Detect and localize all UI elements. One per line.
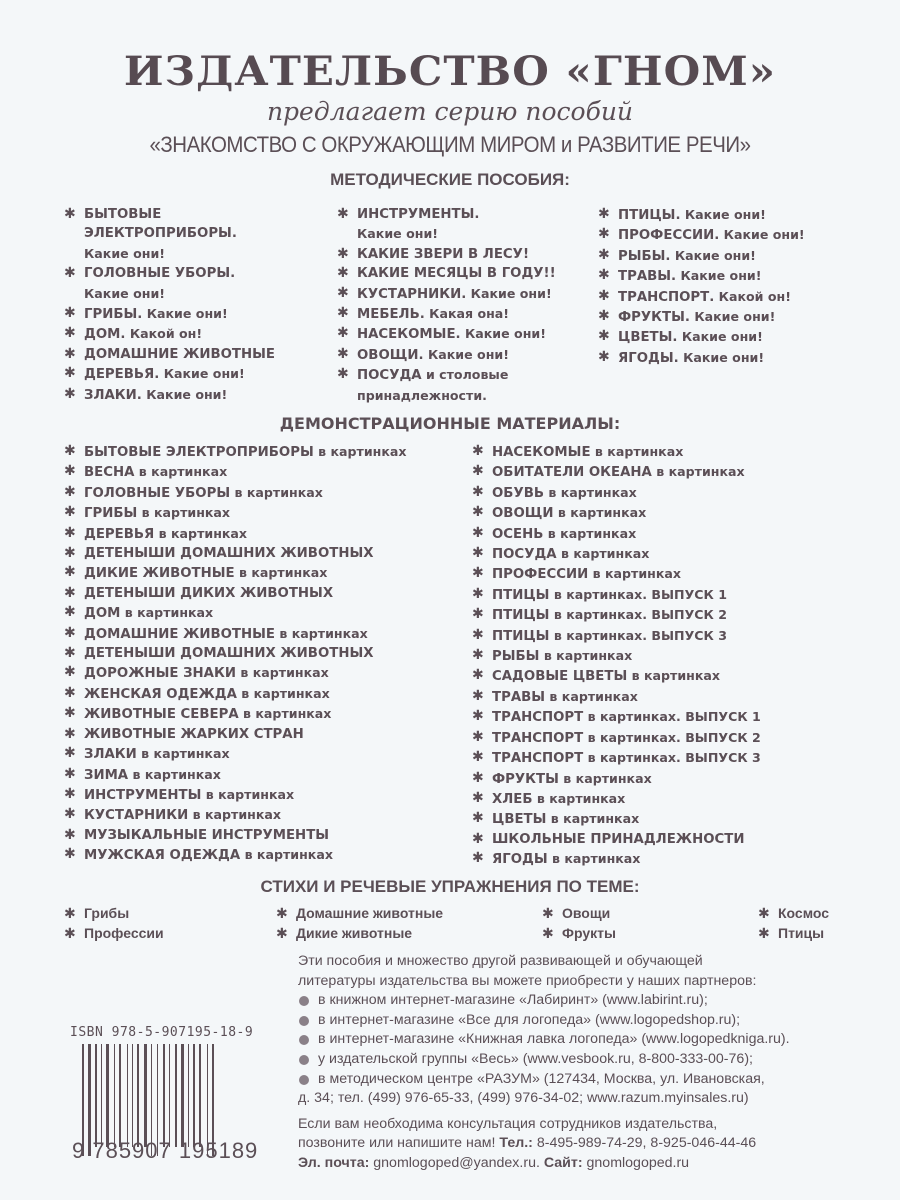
list-item: ✱ЗЛАКИ в картинках <box>64 744 407 764</box>
item-subtitle: Какие они! <box>719 227 804 242</box>
list-item: ✱ОСЕНЬ в картинках <box>472 524 761 544</box>
item-subtitle: в картинках <box>627 668 720 683</box>
item-title: РЫБЫ <box>492 649 539 664</box>
phone-numbers: 8-495-989-74-29, 8-925-046-44-46 <box>533 1135 756 1151</box>
asterisk-bullet-icon: ✱ <box>64 385 76 404</box>
list-item: ✱ДОМ. Какой он! <box>64 324 275 344</box>
item-title: ТРАНСПОРТ <box>492 731 583 746</box>
phone-label: Тел.: <box>499 1135 533 1151</box>
asterisk-bullet-icon: ✱ <box>598 205 610 224</box>
item-subtitle: в картинках <box>548 851 641 866</box>
asterisk-bullet-icon: ✱ <box>337 365 349 384</box>
list-item: ✱Фрукты <box>542 923 616 943</box>
item-title: ГРИБЫ <box>84 506 137 521</box>
item-title: ДЕТЕНЫШИ ДИКИХ ЖИВОТНЫХ <box>84 586 333 601</box>
asterisk-bullet-icon: ✱ <box>472 707 484 726</box>
asterisk-bullet-icon: ✱ <box>276 923 288 943</box>
asterisk-bullet-icon: ✱ <box>64 304 76 323</box>
item-title: ДОМ. <box>84 327 125 342</box>
item-subtitle: в картинках <box>533 791 626 806</box>
item-title: МУЖСКАЯ ОДЕЖДА <box>84 848 240 863</box>
asterisk-bullet-icon: ✱ <box>472 666 484 685</box>
item-title: ШКОЛЬНЫЕ ПРИНАДЛЕЖНОСТИ <box>492 832 744 847</box>
item-title: КАКИЕ МЕСЯЦЫ В ГОДУ!! <box>357 266 556 281</box>
list-item: ✱ГРИБЫ в картинках <box>64 503 407 523</box>
list-item: ✱РЫБЫ. Какие они! <box>598 246 805 266</box>
poems-column-2: ✱Домашние животные✱Дикие животные <box>276 903 443 943</box>
item-subtitle: в картинках <box>591 444 684 459</box>
item-subtitle: Какие они! <box>142 306 227 321</box>
item-subtitle: в картинках <box>652 464 745 479</box>
list-item: ✱ПРОФЕССИИ. Какие они! <box>598 225 805 245</box>
item-title: Дикие животные <box>296 925 412 941</box>
item-subtitle: Какие они! <box>84 286 165 301</box>
asterisk-bullet-icon: ✱ <box>598 307 610 326</box>
methodical-column-3: ✱ПТИЦЫ. Какие они!✱ПРОФЕССИИ. Какие они!… <box>598 205 805 368</box>
demo-heading: ДЕМОНСТРАЦИОННЫЕ МАТЕРИАЛЫ: <box>0 414 900 433</box>
series-name: «ЗНАКОМСТВО С ОКРУЖАЮЩИМ МИРОМ и РАЗВИТИ… <box>32 132 869 158</box>
item-title: ЗИМА <box>84 768 128 783</box>
publisher-title: ИЗДАТЕЛЬСТВО «ГНОМ» <box>0 48 900 95</box>
item-subtitle: в картинках <box>128 767 221 782</box>
item-subtitle: в картинках <box>120 605 213 620</box>
item-subtitle: Какая она! <box>425 306 509 321</box>
asterisk-bullet-icon: ✱ <box>64 324 76 343</box>
asterisk-bullet-icon: ✱ <box>472 442 484 461</box>
item-subtitle: в картинках <box>154 526 247 541</box>
asterisk-bullet-icon: ✱ <box>472 503 484 522</box>
list-item: Какие они! <box>337 224 556 244</box>
asterisk-bullet-icon: ✱ <box>472 728 484 747</box>
barcode-bars <box>82 1044 270 1147</box>
item-subtitle: в картинках <box>137 505 230 520</box>
item-title: ГРИБЫ. <box>84 307 142 322</box>
item-subtitle: в картинках. ВЫПУСК 3 <box>583 750 761 765</box>
list-item: ✱Домашние животные <box>276 903 443 923</box>
item-title: ПОСУДА <box>492 547 557 562</box>
list-item: ✱ДЕТЕНЫШИ ДОМАШНИХ ЖИВОТНЫХ <box>64 644 407 663</box>
item-title: НАСЕКОМЫЕ. <box>357 327 461 342</box>
item-subtitle: в картинках <box>275 626 368 641</box>
item-title: ДОРОЖНЫЕ ЗНАКИ <box>84 666 236 681</box>
item-subtitle: в картинках <box>201 787 294 802</box>
item-title: ФРУКТЫ. <box>618 310 690 325</box>
list-item: ✱ПТИЦЫ в картинках. ВЫПУСК 1 <box>472 585 761 605</box>
item-title: ПТИЦЫ. <box>618 208 681 223</box>
item-subtitle: в картинках <box>134 464 227 479</box>
list-item: ✱ЗИМА в картинках <box>64 765 407 785</box>
asterisk-bullet-icon: ✱ <box>472 605 484 624</box>
item-title: ПТИЦЫ <box>492 629 549 644</box>
asterisk-bullet-icon: ✱ <box>337 205 349 224</box>
asterisk-bullet-icon: ✱ <box>64 805 76 824</box>
poems-column-1: ✱Грибы✱Профессии <box>64 903 164 943</box>
asterisk-bullet-icon: ✱ <box>337 245 349 264</box>
item-subtitle: Какие они! <box>671 248 756 263</box>
list-item: ✱ЯГОДЫ. Какие они! <box>598 348 805 368</box>
site-address: gnomlogoped.ru <box>583 1155 689 1171</box>
asterisk-bullet-icon: ✱ <box>64 644 76 663</box>
partners-block: Эти пособия и множество другой развивающ… <box>298 952 878 1174</box>
item-title: ПОСУДА <box>357 368 422 383</box>
asterisk-bullet-icon: ✱ <box>758 903 770 923</box>
list-item: ✱ФРУКТЫ в картинках <box>472 769 761 789</box>
asterisk-bullet-icon: ✱ <box>472 809 484 828</box>
item-title: ДЕРЕВЬЯ <box>84 527 154 542</box>
item-subtitle: Какой он! <box>125 326 202 341</box>
barcode: ISBN 978-5-907195-18-9 <box>70 1025 270 1147</box>
item-title: ОВОЩИ. <box>357 348 424 363</box>
item-title: ДЕТЕНЫШИ ДОМАШНИХ ЖИВОТНЫХ <box>84 546 373 561</box>
asterisk-bullet-icon: ✱ <box>598 266 610 285</box>
list-item: ✱КАКИЕ ЗВЕРИ В ЛЕСУ! <box>337 245 556 264</box>
item-title: МЕБЕЛЬ. <box>357 307 425 322</box>
item-title: Птицы <box>778 925 824 941</box>
item-title: Космос <box>778 905 829 921</box>
list-item: ✱ДОМАШНИЕ ЖИВОТНЫЕ <box>64 345 275 364</box>
list-item: принадлежности. <box>337 386 556 406</box>
list-item: ✱ПТИЦЫ в картинках. ВЫПУСК 2 <box>472 605 761 625</box>
item-subtitle: Какие они! <box>466 286 551 301</box>
item-title: КУСТАРНИКИ. <box>357 287 466 302</box>
partners-intro-1: Эти пособия и множество другой развивающ… <box>298 952 878 972</box>
list-item: ✱КАКИЕ МЕСЯЦЫ В ГОДУ!! <box>337 264 556 283</box>
asterisk-bullet-icon: ✱ <box>64 264 76 283</box>
list-item: Какие они! <box>64 284 275 304</box>
list-item: ✱ОБУВЬ в картинках <box>472 483 761 503</box>
asterisk-bullet-icon: ✱ <box>542 903 554 923</box>
item-title: КАКИЕ ЗВЕРИ В ЛЕСУ! <box>357 247 529 262</box>
list-item: ✱ЯГОДЫ в картинках <box>472 849 761 869</box>
partners-list: в книжном интернет-магазине «Лабиринт» (… <box>298 991 878 1089</box>
partner-item: в интернет-магазине «Книжная лавка логоп… <box>298 1030 878 1050</box>
item-title: ДЕРЕВЬЯ. <box>84 367 159 382</box>
contact-line-3: Эл. почта: gnomlogoped@yandex.ru. Сайт: … <box>298 1154 878 1174</box>
item-subtitle: и столовые <box>422 367 509 382</box>
list-item: ✱ЦВЕТЫ. Какие они! <box>598 327 805 347</box>
asterisk-bullet-icon: ✱ <box>598 225 610 244</box>
item-title: БЫТОВЫЕ <box>84 207 161 222</box>
asterisk-bullet-icon: ✱ <box>64 584 76 603</box>
asterisk-bullet-icon: ✱ <box>64 903 76 923</box>
asterisk-bullet-icon: ✱ <box>64 744 76 763</box>
list-item: ✱Птицы <box>758 923 829 943</box>
list-item: ✱ЖИВОТНЫЕ СЕВЕРА в картинках <box>64 704 407 724</box>
item-title: ЦВЕТЫ <box>492 812 546 827</box>
item-title: ДЕТЕНЫШИ ДОМАШНИХ ЖИВОТНЫХ <box>84 646 373 661</box>
item-title: ЖЕНСКАЯ ОДЕЖДА <box>84 687 237 702</box>
item-subtitle: в картинках <box>314 444 407 459</box>
list-item: ✱ОБИТАТЕЛИ ОКЕАНА в картинках <box>472 462 761 482</box>
item-subtitle: Какие они! <box>681 207 766 222</box>
item-subtitle: Какие они! <box>159 366 244 381</box>
contact-line-2: позвоните или напишите нам! Тел.: 8-495-… <box>298 1134 878 1154</box>
list-item: ✱КУСТАРНИКИ в картинках <box>64 805 407 825</box>
methodical-column-1: ✱БЫТОВЫЕЭЛЕКТРОПРИБОРЫ.Какие они!✱ГОЛОВН… <box>64 205 275 405</box>
item-title: ХЛЕБ <box>492 792 533 807</box>
asterisk-bullet-icon: ✱ <box>472 483 484 502</box>
item-subtitle: в картинках <box>545 689 638 704</box>
asterisk-bullet-icon: ✱ <box>64 765 76 784</box>
asterisk-bullet-icon: ✱ <box>472 524 484 543</box>
item-title: ПРОФЕССИИ. <box>618 228 719 243</box>
item-subtitle: Какие они! <box>461 326 546 341</box>
item-title: ПРОФЕССИИ <box>492 567 588 582</box>
list-item: ✱НАСЕКОМЫЕ. Какие они! <box>337 324 556 344</box>
asterisk-bullet-icon: ✱ <box>337 284 349 303</box>
item-title: КУСТАРНИКИ <box>84 808 188 823</box>
item-title: НАСЕКОМЫЕ <box>492 445 591 460</box>
item-title: ЗЛАКИ <box>84 747 137 762</box>
asterisk-bullet-icon: ✱ <box>64 483 76 502</box>
partner-item: в интернет-магазине «Все для логопеда» (… <box>298 1011 878 1031</box>
asterisk-bullet-icon: ✱ <box>64 663 76 682</box>
asterisk-bullet-icon: ✱ <box>598 246 610 265</box>
item-title: Овощи <box>562 905 610 921</box>
demo-column-1: ✱БЫТОВЫЕ ЭЛЕКТРОПРИБОРЫ в картинках✱ВЕСН… <box>64 442 407 866</box>
list-item: ✱ВЕСНА в картинках <box>64 462 407 482</box>
list-item: ✱Грибы <box>64 903 164 923</box>
asterisk-bullet-icon: ✱ <box>472 646 484 665</box>
item-title: БЫТОВЫЕ ЭЛЕКТРОПРИБОРЫ <box>84 445 314 460</box>
item-title: Домашние животные <box>296 905 443 921</box>
item-title: ДИКИЕ ЖИВОТНЫЕ <box>84 566 235 581</box>
partner-item: в методическом центре «РАЗУМ» (127434, М… <box>298 1070 878 1090</box>
item-subtitle: в картинках <box>230 485 323 500</box>
bullet-dot-icon <box>299 1035 309 1045</box>
item-title: ВЕСНА <box>84 465 134 480</box>
list-item: ✱ДОМАШНИЕ ЖИВОТНЫЕ в картинках <box>64 624 407 644</box>
asterisk-bullet-icon: ✱ <box>64 563 76 582</box>
asterisk-bullet-icon: ✱ <box>276 903 288 923</box>
asterisk-bullet-icon: ✱ <box>64 785 76 804</box>
asterisk-bullet-icon: ✱ <box>598 287 610 306</box>
list-item: ✱ХЛЕБ в картинках <box>472 789 761 809</box>
asterisk-bullet-icon: ✱ <box>472 849 484 868</box>
list-item: ✱ПОСУДА в картинках <box>472 544 761 564</box>
item-subtitle: Какие они! <box>677 329 762 344</box>
item-title: РЫБЫ. <box>618 249 671 264</box>
list-item: ✱ОВОЩИ. Какие они! <box>337 345 556 365</box>
item-title: ОСЕНЬ <box>492 527 543 542</box>
item-title: ИНСТРУМЕНТЫ <box>84 788 201 803</box>
item-title: ЗЛАКИ. <box>84 388 142 403</box>
item-title: ОБИТАТЕЛИ ОКЕАНА <box>492 465 652 480</box>
list-item: ✱Космос <box>758 903 829 923</box>
bullet-dot-icon <box>299 1055 309 1065</box>
isbn-number: ISBN 978-5-907195-18-9 <box>70 1025 270 1040</box>
demo-column-2: ✱НАСЕКОМЫЕ в картинках✱ОБИТАТЕЛИ ОКЕАНА … <box>472 442 761 870</box>
asterisk-bullet-icon: ✱ <box>64 603 76 622</box>
list-item: ✱МЕБЕЛЬ. Какая она! <box>337 304 556 324</box>
item-title: ГОЛОВНЫЕ УБОРЫ <box>84 486 230 501</box>
list-item: ✱МУЗЫКАЛЬНЫЕ ИНСТРУМЕНТЫ <box>64 826 407 845</box>
item-subtitle: в картинках <box>588 566 681 581</box>
asterisk-bullet-icon: ✱ <box>64 923 76 943</box>
list-item: ✱ДОРОЖНЫЕ ЗНАКИ в картинках <box>64 663 407 683</box>
asterisk-bullet-icon: ✱ <box>598 348 610 367</box>
item-subtitle: в картинках <box>240 847 333 862</box>
asterisk-bullet-icon: ✱ <box>337 345 349 364</box>
list-item: ✱ЖИВОТНЫЕ ЖАРКИХ СТРАН <box>64 725 407 744</box>
list-item: ✱ТРАНСПОРТ. Какой он! <box>598 287 805 307</box>
list-item: ✱ЖЕНСКАЯ ОДЕЖДА в картинках <box>64 684 407 704</box>
item-subtitle: Какие они! <box>84 246 165 261</box>
partners-intro-2: литературы издательства вы можете приобр… <box>298 972 878 992</box>
asterisk-bullet-icon: ✱ <box>598 327 610 346</box>
item-subtitle: в картинках. ВЫПУСК 1 <box>549 587 727 602</box>
item-subtitle: в картинках <box>544 485 637 500</box>
asterisk-bullet-icon: ✱ <box>472 687 484 706</box>
item-title: ПТИЦЫ <box>492 588 549 603</box>
partner-item-continuation: д. 34; тел. (499) 976-65-33, (499) 976-3… <box>298 1089 878 1109</box>
list-item: ✱ГРИБЫ. Какие они! <box>64 304 275 324</box>
poems-heading: СТИХИ И РЕЧЕВЫЕ УПРАЖНЕНИЯ ПО ТЕМЕ: <box>0 877 900 897</box>
list-item: ✱ГОЛОВНЫЕ УБОРЫ. <box>64 264 275 283</box>
item-subtitle: Какие они! <box>676 268 761 283</box>
bullet-dot-icon <box>299 996 309 1006</box>
asterisk-bullet-icon: ✱ <box>64 364 76 383</box>
asterisk-bullet-icon: ✱ <box>64 725 76 744</box>
list-item: ✱САДОВЫЕ ЦВЕТЫ в картинках <box>472 666 761 686</box>
item-title: ФРУКТЫ <box>492 772 559 787</box>
item-title: ЖИВОТНЫЕ СЕВЕРА <box>84 707 239 722</box>
item-title: МУЗЫКАЛЬНЫЕ ИНСТРУМЕНТЫ <box>84 828 329 843</box>
item-subtitle: в картинках <box>554 505 647 520</box>
asterisk-bullet-icon: ✱ <box>472 830 484 849</box>
item-subtitle: в картинках <box>188 807 281 822</box>
list-item: ✱ДЕТЕНЫШИ ДИКИХ ЖИВОТНЫХ <box>64 584 407 603</box>
item-title: ТРАВЫ. <box>618 269 676 284</box>
site-label: Сайт: <box>544 1155 583 1171</box>
item-title: ТРАНСПОРТ. <box>618 290 714 305</box>
list-item: ✱Профессии <box>64 923 164 943</box>
list-item: ✱ПТИЦЫ в картинках. ВЫПУСК 3 <box>472 626 761 646</box>
asterisk-bullet-icon: ✱ <box>542 923 554 943</box>
asterisk-bullet-icon: ✱ <box>64 684 76 703</box>
asterisk-bullet-icon: ✱ <box>472 789 484 808</box>
item-title: Профессии <box>84 925 164 941</box>
item-subtitle: Какие они! <box>679 350 764 365</box>
item-subtitle: в картинках <box>559 771 652 786</box>
item-subtitle: Какие они! <box>424 347 509 362</box>
item-subtitle: в картинках <box>235 565 328 580</box>
asterisk-bullet-icon: ✱ <box>337 324 349 343</box>
email-label: Эл. почта: <box>298 1155 369 1171</box>
item-title: ТРАНСПОРТ <box>492 751 583 766</box>
item-title: ЭЛЕКТРОПРИБОРЫ. <box>84 226 237 241</box>
item-title: ОВОЩИ <box>492 506 554 521</box>
item-subtitle: принадлежности. <box>357 388 487 403</box>
asterisk-bullet-icon: ✱ <box>758 923 770 943</box>
item-subtitle: в картинках <box>557 546 650 561</box>
list-item: ✱ЗЛАКИ. Какие они! <box>64 385 275 405</box>
list-item: ✱ДОМ в картинках <box>64 603 407 623</box>
item-title: ТРАВЫ <box>492 690 545 705</box>
list-item: ✱Дикие животные <box>276 923 443 943</box>
list-item: ✱ИНСТРУМЕНТЫ в картинках <box>64 785 407 805</box>
asterisk-bullet-icon: ✱ <box>64 845 76 864</box>
list-item: ✱ТРАНСПОРТ в картинках. ВЫПУСК 3 <box>472 748 761 768</box>
list-item: ✱ОВОЩИ в картинках <box>472 503 761 523</box>
item-subtitle: в картинках <box>546 811 639 826</box>
list-item: ✱ПРОФЕССИИ в картинках <box>472 564 761 584</box>
item-title: ДОМАШНИЕ ЖИВОТНЫЕ <box>84 627 275 642</box>
asterisk-bullet-icon: ✱ <box>64 462 76 481</box>
bullet-dot-icon <box>299 1075 309 1085</box>
list-item: ✱ТРАВЫ в картинках <box>472 687 761 707</box>
item-title: ЖИВОТНЫЕ ЖАРКИХ СТРАН <box>84 727 304 742</box>
item-subtitle: в картинках. ВЫПУСК 2 <box>549 607 727 622</box>
list-item: ✱ЦВЕТЫ в картинках <box>472 809 761 829</box>
asterisk-bullet-icon: ✱ <box>472 626 484 645</box>
asterisk-bullet-icon: ✱ <box>472 585 484 604</box>
barcode-digits: 9 785907 195189 <box>72 1138 272 1164</box>
asterisk-bullet-icon: ✱ <box>472 462 484 481</box>
asterisk-bullet-icon: ✱ <box>64 544 76 563</box>
list-item: ✱ДЕРЕВЬЯ. Какие они! <box>64 364 275 384</box>
list-item: ✱БЫТОВЫЕ <box>64 205 275 224</box>
asterisk-bullet-icon: ✱ <box>472 544 484 563</box>
item-subtitle: Какие они! <box>142 387 227 402</box>
asterisk-bullet-icon: ✱ <box>64 826 76 845</box>
asterisk-bullet-icon: ✱ <box>472 769 484 788</box>
subtitle: предлагает серию пособий <box>0 97 900 126</box>
list-item: ✱ТРАВЫ. Какие они! <box>598 266 805 286</box>
item-title: ТРАНСПОРТ <box>492 710 583 725</box>
asterisk-bullet-icon: ✱ <box>472 748 484 767</box>
item-title: ИНСТРУМЕНТЫ. <box>357 207 479 222</box>
item-subtitle: в картинках. ВЫПУСК 2 <box>583 730 761 745</box>
asterisk-bullet-icon: ✱ <box>64 442 76 461</box>
list-item: ✱ТРАНСПОРТ в картинках. ВЫПУСК 2 <box>472 728 761 748</box>
list-item: ✱ТРАНСПОРТ в картинках. ВЫПУСК 1 <box>472 707 761 727</box>
item-title: Фрукты <box>562 925 616 941</box>
item-subtitle: Какие они! <box>690 309 775 324</box>
asterisk-bullet-icon: ✱ <box>64 205 76 224</box>
item-subtitle: в картинках <box>239 706 332 721</box>
asterisk-bullet-icon: ✱ <box>64 624 76 643</box>
item-subtitle: в картинках <box>137 746 230 761</box>
bullet-dot-icon <box>299 1016 309 1026</box>
asterisk-bullet-icon: ✱ <box>472 564 484 583</box>
item-title: ПТИЦЫ <box>492 608 549 623</box>
asterisk-bullet-icon: ✱ <box>337 264 349 283</box>
item-subtitle: Какой он! <box>714 289 791 304</box>
book-back-cover: ИЗДАТЕЛЬСТВО «ГНОМ» предлагает серию пос… <box>0 0 900 1200</box>
poems-column-4: ✱Космос✱Птицы <box>758 903 829 943</box>
asterisk-bullet-icon: ✱ <box>64 704 76 723</box>
poems-column-3: ✱Овощи✱Фрукты <box>542 903 616 943</box>
list-item: ✱ФРУКТЫ. Какие они! <box>598 307 805 327</box>
methodical-heading: МЕТОДИЧЕСКИЕ ПОСОБИЯ: <box>0 170 900 190</box>
partner-item: у издательской группы «Весь» (www.vesboo… <box>298 1050 878 1070</box>
methodical-column-2: ✱ИНСТРУМЕНТЫ.Какие они!✱КАКИЕ ЗВЕРИ В ЛЕ… <box>337 205 556 406</box>
list-item: ✱ГОЛОВНЫЕ УБОРЫ в картинках <box>64 483 407 503</box>
item-subtitle: в картинках <box>539 648 632 663</box>
list-item: ✱ДЕРЕВЬЯ в картинках <box>64 524 407 544</box>
list-item: Какие они! <box>64 244 275 264</box>
item-title: ЯГОДЫ <box>492 852 548 867</box>
item-title: Грибы <box>84 905 129 921</box>
list-item: ✱ДЕТЕНЫШИ ДОМАШНИХ ЖИВОТНЫХ <box>64 544 407 563</box>
list-item: ✱ШКОЛЬНЫЕ ПРИНАДЛЕЖНОСТИ <box>472 830 761 849</box>
list-item: ✱ИНСТРУМЕНТЫ. <box>337 205 556 224</box>
contact-line-1: Если вам необходима консультация сотрудн… <box>298 1115 878 1135</box>
asterisk-bullet-icon: ✱ <box>64 524 76 543</box>
list-item: ✱ПТИЦЫ. Какие они! <box>598 205 805 225</box>
item-subtitle: Какие они! <box>357 226 438 241</box>
